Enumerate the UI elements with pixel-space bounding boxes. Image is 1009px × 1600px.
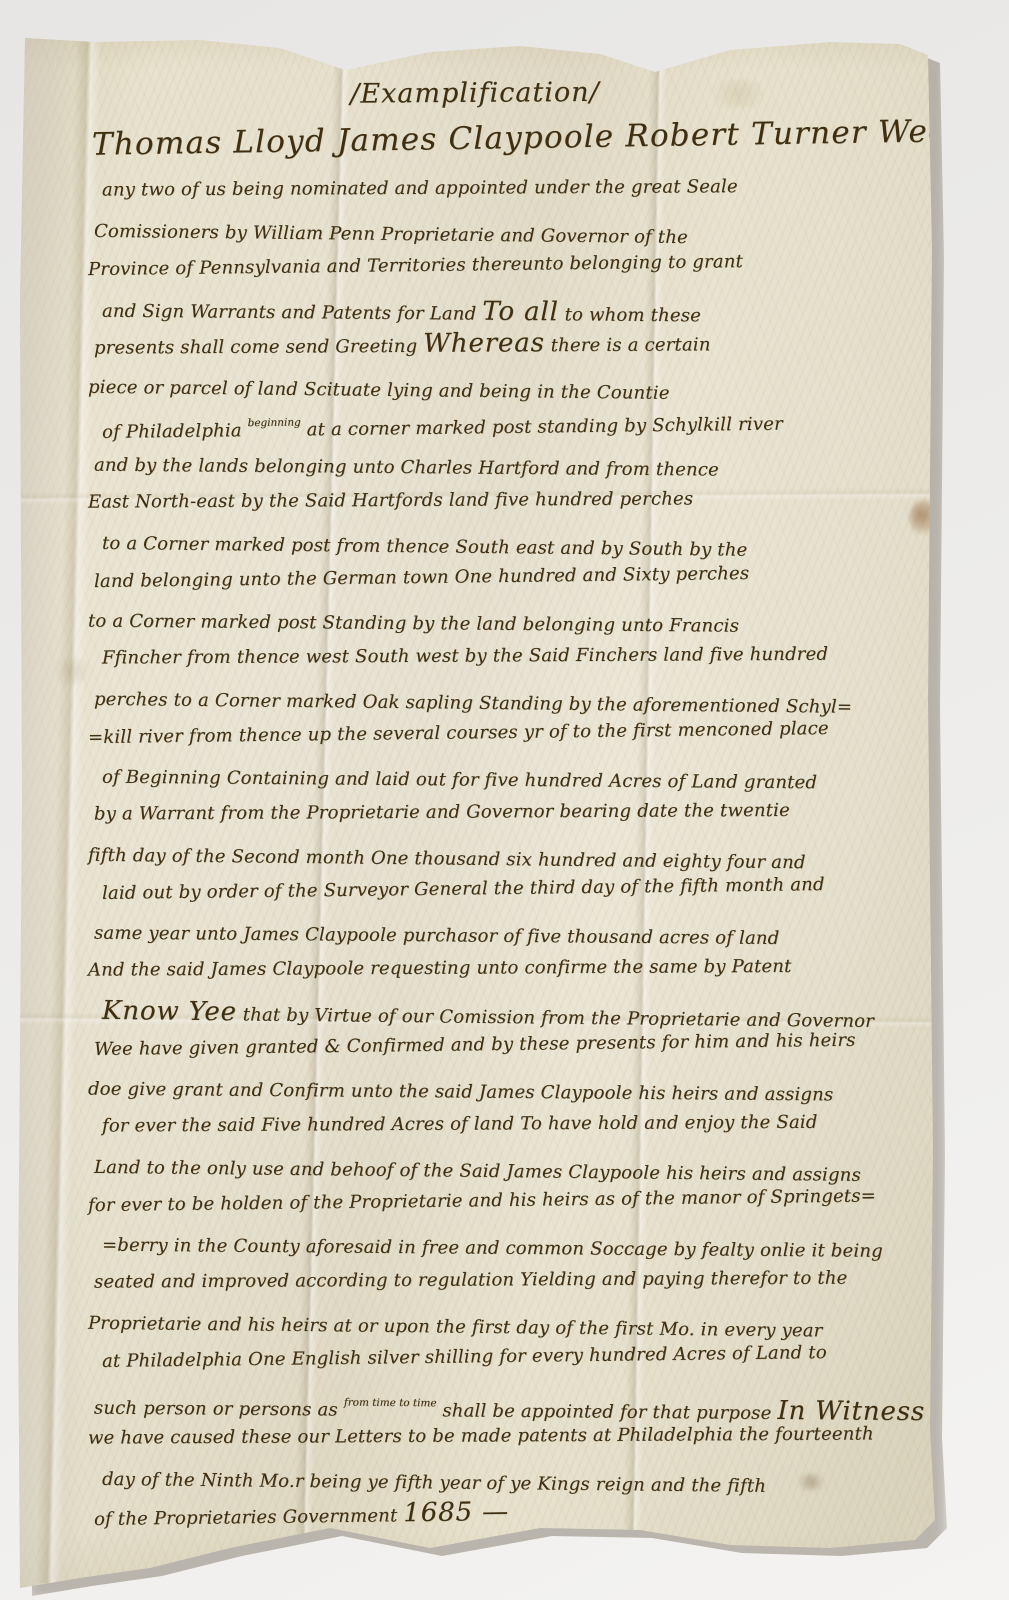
text-segment: at Philadelphia One English silver shill…	[102, 1342, 827, 1372]
text-segment: laid out by order of the Surveyor Genera…	[102, 874, 825, 904]
text-segment: of Philadelphia	[102, 420, 248, 443]
text-segment: =kill river from thence up the several c…	[88, 718, 829, 748]
text-segment: same year unto James Claypoole purchasor…	[94, 923, 780, 949]
text-segment: for ever to be holden of the Proprietari…	[88, 1185, 876, 1216]
text-segment: for ever the said Five hundred Acres of …	[102, 1112, 818, 1137]
text-segment: of Beginning Containing and laid out for…	[102, 767, 817, 794]
manuscript-line: presents shall come send Greeting Wherea…	[14, 322, 936, 366]
text-segment: by a Warrant from the Proprietarie and G…	[94, 800, 790, 825]
text-segment: and by the lands belonging unto Charles …	[94, 455, 719, 481]
text-segment: Thomas Lloyd James Claypoole Robert Turn…	[92, 113, 995, 163]
text-segment: =berry in the County aforesaid in free a…	[102, 1235, 883, 1262]
text-segment: seated and improved according to regulat…	[94, 1268, 848, 1293]
text-segment: Ffincher from thence west South west by …	[102, 644, 828, 669]
manuscript-line: any two of us being nominated and appoin…	[14, 166, 936, 210]
text-segment: of the Proprietaries Government	[94, 1505, 404, 1530]
text-segment: at a corner marked post standing by Schy…	[301, 414, 783, 441]
manuscript-line: seated and improved according to regulat…	[14, 1258, 936, 1302]
text-segment: doe give grant and Confirm unto the said…	[88, 1079, 834, 1106]
text-segment: there is a certain	[545, 334, 711, 356]
photo-background: /Examplification/Thomas Lloyd James Clay…	[0, 0, 1009, 1600]
text-segment: /Examplification/	[350, 77, 600, 110]
text-segment: and Sign Warrants and Patents for Land	[102, 301, 482, 325]
text-segment: any two of us being nominated and appoin…	[102, 176, 738, 200]
manuscript-line: by a Warrant from the Proprietarie and G…	[14, 790, 936, 834]
text-segment: Wee have given granted & Confirmed and b…	[94, 1030, 856, 1060]
interline-insertion: from time to time	[344, 1397, 437, 1410]
text-segment: To all	[482, 297, 559, 328]
text-segment: to a Corner marked post Standing by the …	[88, 611, 739, 637]
text-segment: Province of Pennsylvania and Territories…	[88, 251, 743, 280]
manuscript-line: East North-east by the Said Hartfords la…	[14, 478, 936, 522]
manuscript-line: for ever the said Five hundred Acres of …	[14, 1102, 936, 1146]
manuscript-text: /Examplification/Thomas Lloyd James Clay…	[14, 74, 936, 1537]
text-segment: land belonging unto the German town One …	[94, 563, 750, 592]
text-segment: And the said James Claypoole requesting …	[88, 956, 792, 981]
text-segment: East North-east by the Said Hartfords la…	[88, 488, 693, 512]
manuscript-line: And the said James Claypoole requesting …	[14, 946, 936, 990]
manuscript-paper: /Examplification/Thomas Lloyd James Clay…	[14, 22, 936, 1594]
text-segment: we have caused these our Letters to be m…	[88, 1423, 874, 1448]
text-segment: Whereas	[423, 328, 545, 359]
interline-insertion: beginning	[248, 416, 301, 429]
text-segment: presents shall come send Greeting	[94, 336, 423, 359]
manuscript-line: Ffincher from thence west South west by …	[14, 634, 936, 678]
text-segment: Know Yee	[102, 996, 237, 1027]
manuscript-line: we have caused these our Letters to be m…	[14, 1414, 936, 1458]
text-segment: 1685 —	[403, 1497, 509, 1528]
